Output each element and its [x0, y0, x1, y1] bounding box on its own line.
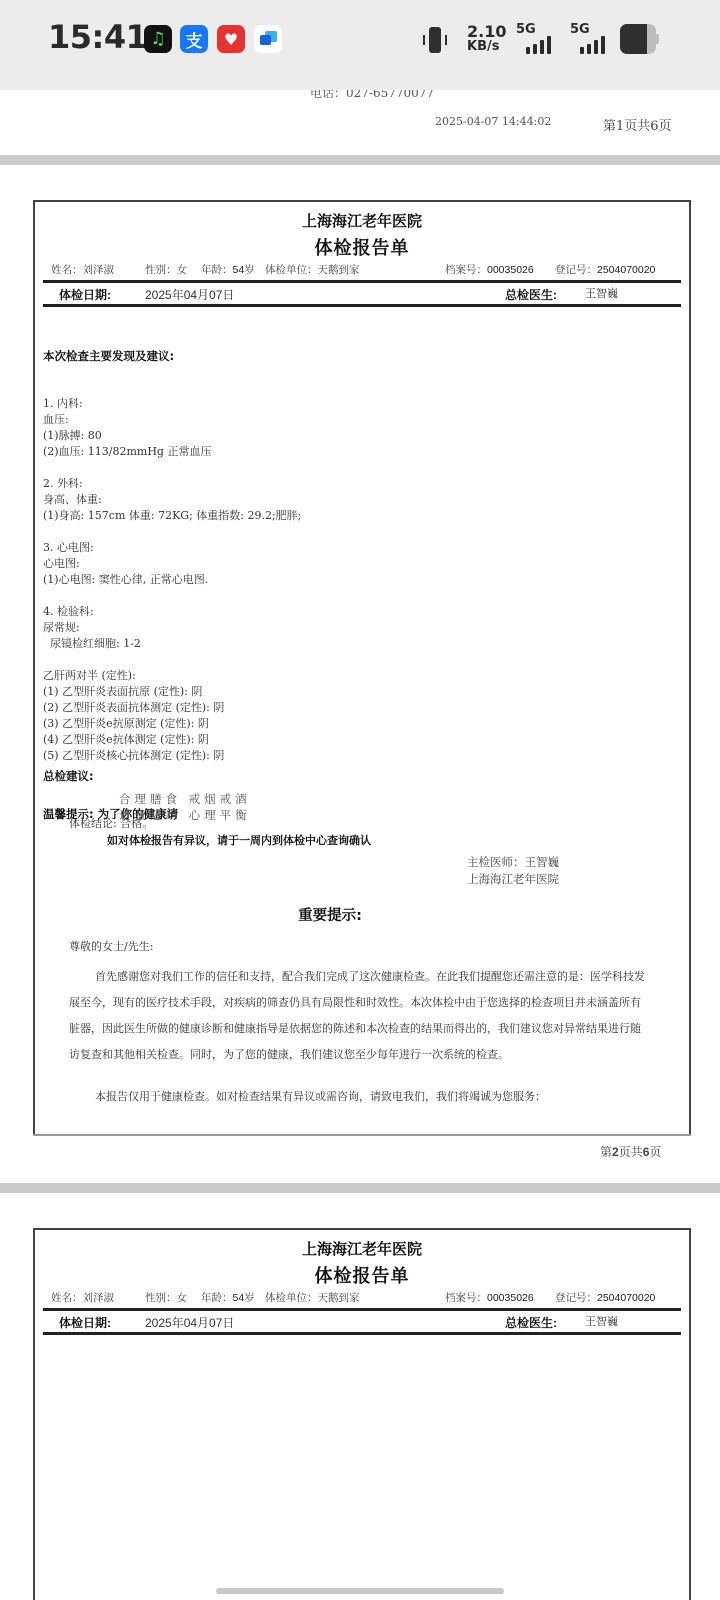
finding-line: (1)脉搏: 80: [43, 428, 301, 444]
finding-line: (2) 乙型肝炎表面抗体测定 (定性): 阴: [43, 700, 301, 716]
exam-date-label: 体检日期:: [59, 286, 111, 303]
finding-line: 心电图:: [43, 556, 301, 572]
chief-doctor-label: 总检医生:: [505, 286, 557, 303]
page-footer-line: [33, 1134, 691, 1136]
battery-icon: [620, 24, 660, 54]
page1-page-indicator: 第1页共6页: [603, 115, 672, 134]
alipay-icon: 支: [180, 25, 208, 53]
finding-line: 2. 外科:: [43, 476, 301, 492]
hospital-name: 上海海江老年医院: [35, 210, 689, 231]
finding-line: 尿镜检红细胞: 1-2: [43, 636, 301, 652]
finding-line: (3) 乙型肝炎e抗原测定 (定性): 阴: [43, 716, 301, 732]
exam-date: 2025年04月07日: [145, 1314, 234, 1331]
chief-doctor: 王智巍: [585, 285, 618, 301]
file-number: 档案号：00035026: [445, 262, 534, 277]
finding-line: (1)心电图: 窦性心律, 正常心电图.: [43, 572, 301, 588]
findings-heading: 本次检查主要发现及建议:: [43, 348, 301, 364]
status-bar: 15:41 ♫ 支 ♥ 2.10 KB/s 5G 5G: [0, 0, 720, 90]
important-notice-title: 重要提示:: [35, 904, 689, 925]
finding-line: [43, 652, 301, 668]
report-page-3: 上海海江老年医院 体检报告单 姓名：刘泽淑 性别：女 年龄：54岁 体检单位：天…: [33, 1228, 691, 1600]
chat-app-icon: [254, 25, 282, 53]
music-app-icon: ♫: [144, 25, 172, 53]
signal-5g-icon: 5G: [570, 22, 616, 56]
signing-hospital: 上海海江老年医院: [467, 871, 559, 888]
report-title: 体检报告单: [35, 1262, 689, 1288]
health-heart-icon: ♥: [217, 25, 245, 53]
notice-paragraph-2: 本报告仅用于健康检查。如对检查结果有异议或需咨询，请致电我们，我们将竭诚为您服务…: [69, 1084, 649, 1110]
signature-block: 主检医师：王智巍 上海海江老年医院: [467, 854, 559, 888]
tip-line-2: 适量运动 心理平衡: [119, 807, 251, 823]
finding-line: [43, 460, 301, 476]
exam-date: 2025年04月07日: [145, 286, 234, 303]
registration-number: 登记号：2504070020: [555, 262, 655, 277]
patient-gender: 性别：女: [145, 1290, 187, 1305]
signal-5g-icon: 5G: [516, 22, 562, 56]
objection-notice: 如对体检报告有异议，请于一周内到体检中心查询确认: [35, 832, 689, 848]
file-number: 档案号：00035026: [445, 1290, 534, 1305]
page2-page-indicator: 第2页共6页: [600, 1143, 661, 1160]
finding-line: 3. 心电图:: [43, 540, 301, 556]
finding-line: 乙肝两对半 (定性):: [43, 668, 301, 684]
report-title: 体检报告单: [35, 234, 689, 260]
divider: [43, 304, 681, 307]
patient-name: 姓名：刘泽淑: [51, 262, 114, 277]
finding-line: 尿常规:: [43, 620, 301, 636]
home-indicator[interactable]: [216, 1588, 504, 1594]
finding-line: 身高、体重:: [43, 492, 301, 508]
finding-line: 血压:: [43, 412, 301, 428]
page1-timestamp: 2025-04-07 14:44:02: [435, 115, 551, 128]
vibrate-icon: [420, 27, 450, 53]
finding-line: 1. 内科:: [43, 396, 301, 412]
report-page-2: 上海海江老年医院 体检报告单 姓名：刘泽淑 性别：女 年龄：54岁 体检单位：天…: [33, 200, 691, 1135]
patient-age: 年龄：54岁: [201, 1290, 255, 1305]
divider: [43, 1308, 681, 1311]
exam-unit: 体检单位：天鹅到家: [265, 262, 360, 277]
patient-gender: 性别：女: [145, 262, 187, 277]
registration-number: 登记号：2504070020: [555, 1290, 655, 1305]
hospital-name: 上海海江老年医院: [35, 1238, 689, 1259]
finding-line: [43, 588, 301, 604]
findings-section: 本次检查主要发现及建议: 1. 内科:血压:(1)脉搏: 80(2)血压: 11…: [43, 316, 301, 796]
chief-doctor: 王智巍: [585, 1313, 618, 1329]
finding-line: (1)身高: 157cm 体重: 72KG; 体重指数: 29.2;肥胖;: [43, 508, 301, 524]
patient-name: 姓名：刘泽淑: [51, 1290, 114, 1305]
exam-unit: 体检单位：天鹅到家: [265, 1290, 360, 1305]
salutation: 尊敬的女士/先生:: [69, 934, 649, 960]
network-speed: 2.10 KB/s: [467, 24, 506, 54]
chief-doctor-label: 总检医生:: [505, 1314, 557, 1331]
exam-date-label: 体检日期:: [59, 1314, 111, 1331]
divider: [43, 280, 681, 283]
divider: [43, 1332, 681, 1335]
finding-line: (1) 乙型肝炎表面抗原 (定性): 阴: [43, 684, 301, 700]
tip-line-1: 合理膳食 戒烟戒酒: [119, 791, 251, 807]
finding-line: [43, 524, 301, 540]
patient-age: 年龄：54岁: [201, 262, 255, 277]
signing-doctor: 主检医师：王智巍: [467, 854, 559, 871]
clock: 15:41: [48, 18, 147, 56]
notice-paragraph-1: 首先感谢您对我们工作的信任和支持，配合我们完成了这次健康检查。在此我们提醒您还需…: [69, 964, 649, 1068]
findings-list: 1. 内科:血压:(1)脉搏: 80(2)血压: 113/82mmHg 正常血压…: [43, 396, 301, 764]
finding-line: (2)血压: 113/82mmHg 正常血压: [43, 444, 301, 460]
finding-line: 4. 检验科:: [43, 604, 301, 620]
page-separator: [0, 1183, 720, 1193]
page-separator: [0, 155, 720, 165]
